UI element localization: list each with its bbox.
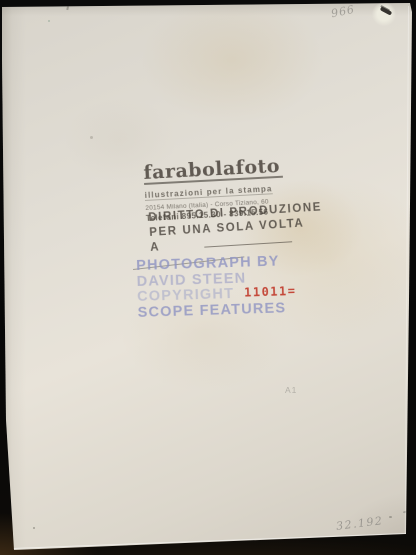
paper-light-spot: [372, 2, 396, 26]
archive-code-mark: A1: [285, 385, 297, 395]
paper-edge-highlight-right: [405, 6, 409, 534]
photographer-credit-stamp: PHOTOGRAPH BY DAVID STEEN COPYRIGHT11011…: [136, 254, 297, 321]
copyright-number: 11011=: [244, 283, 297, 299]
paper-speckle: [33, 527, 35, 529]
rights-stamp-letter-a: A: [150, 241, 161, 254]
pencil-dot: [389, 516, 392, 518]
handwritten-number-top: 966: [330, 3, 356, 21]
pencil-tick-mark: [66, 3, 69, 10]
agency-stamp-title: farabolafoto: [143, 156, 283, 185]
photo-back-scan: { "photo_back": { "stamps": { "agency": …: [0, 0, 416, 555]
credit-stamp-line4: SCOPE FEATURES: [137, 300, 297, 320]
reproduction-rights-stamp: DIRITTO DI PRODUZIONE PER UNA SOLA VOLTA…: [148, 200, 324, 256]
paper-speckle: [90, 136, 93, 139]
paper-speckle: [48, 20, 50, 22]
handwritten-number-bottom: 32.192: [335, 514, 384, 533]
paper-edge-highlight-bottom: [13, 533, 408, 549]
photo-back-paper: 966 farabolafoto illustrazioni per la st…: [0, 0, 416, 555]
